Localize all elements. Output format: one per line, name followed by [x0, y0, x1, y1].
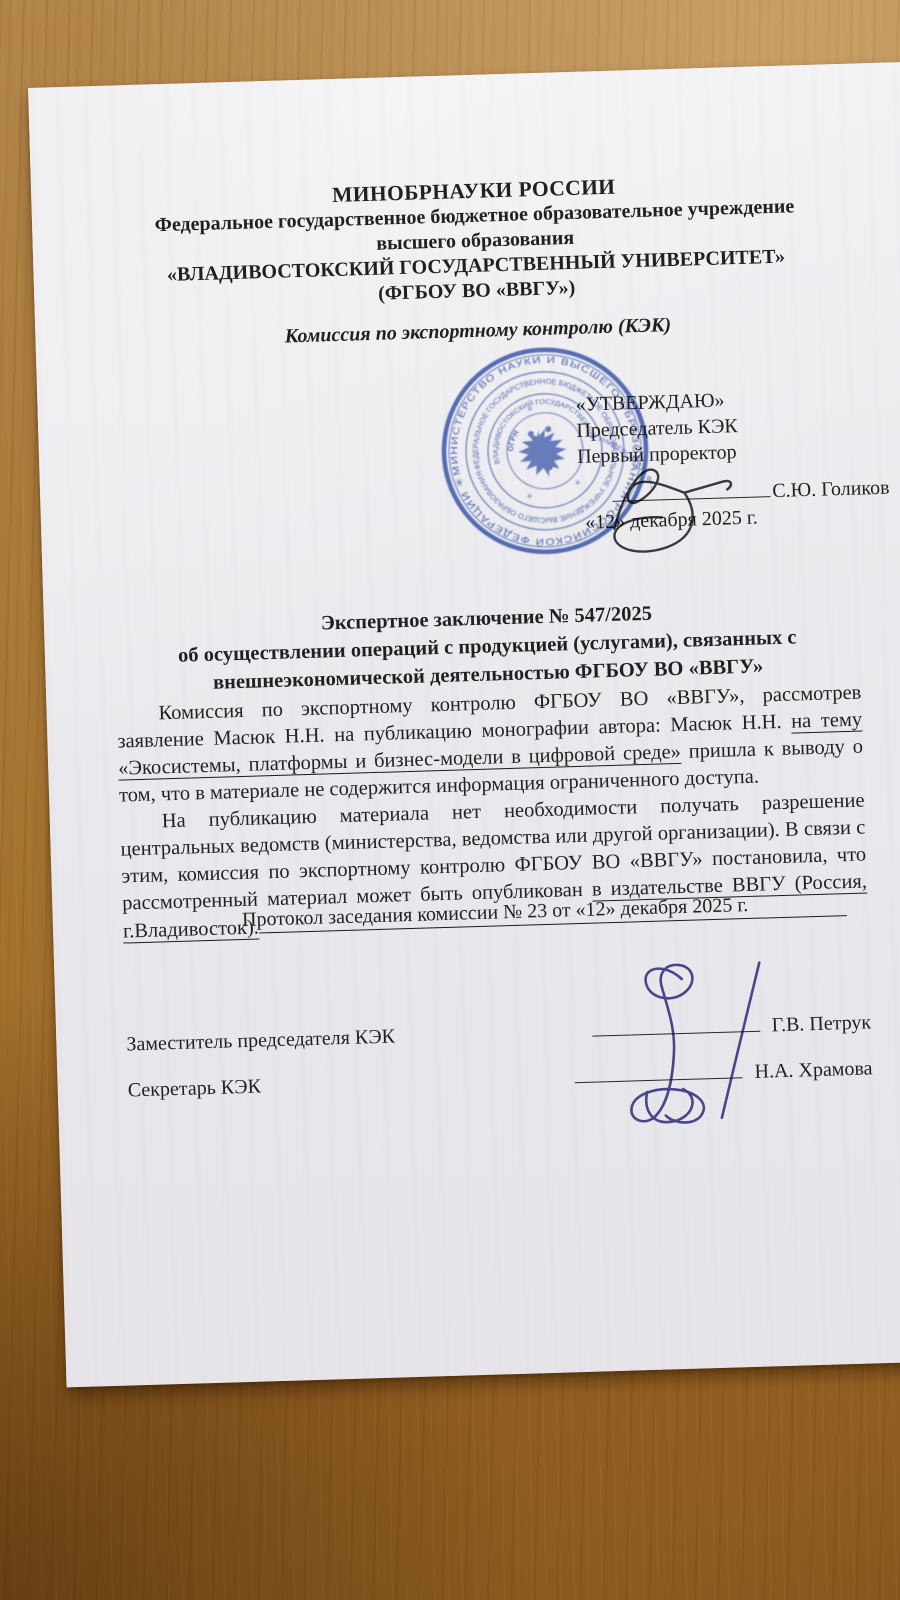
- stamp-star-left: ✳: [526, 492, 534, 501]
- petruk-khramova-handwritten-signatures: [589, 952, 855, 1160]
- eagle-emblem: [513, 423, 572, 483]
- document-page: МИНОБРНАУКИ РОССИИ Федеральное государст…: [28, 61, 900, 1387]
- signature-row-spacer: [261, 1083, 575, 1092]
- photo-scene: МИНОБРНАУКИ РОССИИ Федеральное государст…: [0, 0, 900, 1600]
- signature-row-spacer: [395, 1037, 592, 1043]
- signatory-role: Секретарь КЭК: [127, 1074, 261, 1104]
- stamp-star-right: ✳: [574, 478, 582, 487]
- document-header: МИНОБРНАУКИ РОССИИ Федеральное государст…: [101, 168, 849, 315]
- signatory-role: Заместитель председателя КЭК: [126, 1024, 395, 1058]
- golikov-handwritten-signature: [584, 430, 847, 556]
